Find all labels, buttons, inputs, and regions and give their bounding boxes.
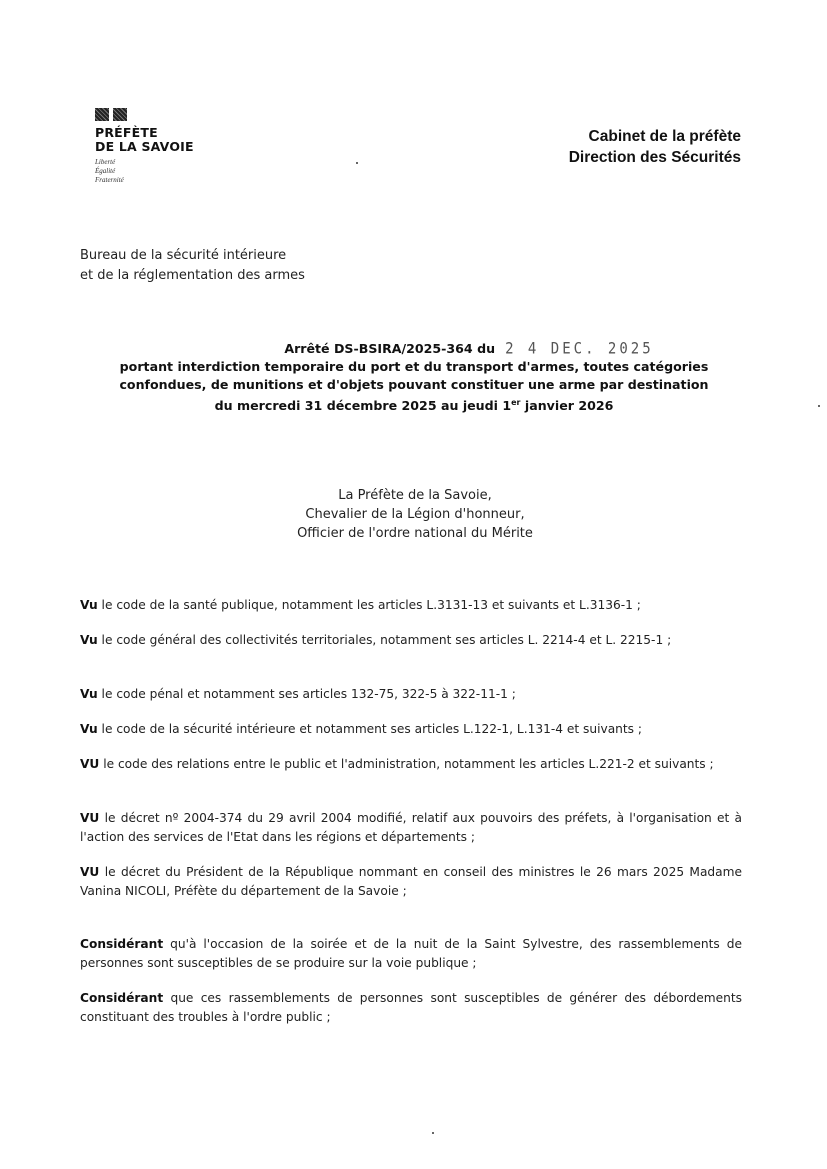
arrete-subject-line3: du mercredi 31 décembre 2025 au jeudi 1e… [104,394,724,415]
issuing-department: Cabinet de la préfète Direction des Sécu… [569,126,741,168]
logo-title-line1: PRÉFÈTE [95,126,194,140]
motto-liberte: Liberté [95,158,194,167]
visa-lead: VU [80,757,99,771]
subject-line3-end: janvier 2026 [521,398,614,413]
motto-fraternite: Fraternité [95,176,194,185]
prefect-titles: La Préfète de la Savoie, Chevalier de la… [250,486,580,543]
considerant-text: que ces rassemblements de personnes sont… [80,991,742,1024]
cabinet-title: Cabinet de la préfète [569,126,741,147]
visa-paragraph: Vu le code général des collectivités ter… [80,631,742,650]
visa-text: le décret du Président de la République … [80,865,742,898]
scan-speck [818,405,820,407]
ordinal-sup: er [511,398,520,407]
prefect-name: La Préfète de la Savoie, [250,486,580,505]
visa-text: le code général des collectivités territ… [98,633,672,647]
visa-text: le code pénal et notamment ses articles … [98,687,516,701]
motto-egalite: Égalité [95,167,194,176]
visa-lead: Vu [80,598,98,612]
arrete-title: Arrêté DS-BSIRA/2025-364 du2 4 DEC. 2025… [104,340,724,415]
visa-text: le code de la santé publique, notamment … [98,598,641,612]
considerant-paragraph: Considérant que ces rassemblements de pe… [80,989,742,1027]
logo-title: PRÉFÈTE DE LA SAVOIE [95,126,194,154]
subject-line3-text: du mercredi 31 décembre 2025 au jeudi 1 [215,398,512,413]
scan-speck [356,162,358,164]
visa-lead: VU [80,811,99,825]
visa-paragraph: VU le code des relations entre le public… [80,755,742,774]
visa-lead: Vu [80,722,98,736]
visa-lead: VU [80,865,99,879]
visa-text: le décret nº 2004-374 du 29 avril 2004 m… [80,811,742,844]
bureau-heading: Bureau de la sécurité intérieure et de l… [80,246,305,286]
prefect-honour-2: Officier de l'ordre national du Mérite [250,524,580,543]
visa-paragraph: Vu le code de la sécurité intérieure et … [80,720,742,739]
bureau-line1: Bureau de la sécurité intérieure [80,246,305,266]
considerant-lead: Considérant [80,937,163,951]
prefecture-logo: PRÉFÈTE DE LA SAVOIE Liberté Égalité Fra… [95,108,194,185]
date-stamp: 2 4 DEC. 2025 [505,339,654,360]
arrete-number-line: Arrêté DS-BSIRA/2025-364 du2 4 DEC. 2025 [104,340,724,358]
arrete-subject-line1: portant interdiction temporaire du port … [104,358,724,376]
arrete-subject-line2: confondues, de munitions et d'objets pou… [104,376,724,394]
visa-lead: Vu [80,687,98,701]
logo-title-line2: DE LA SAVOIE [95,140,194,154]
considerant-paragraph: Considérant qu'à l'occasion de la soirée… [80,935,742,973]
considerant-lead: Considérant [80,991,163,1005]
direction-title: Direction des Sécurités [569,147,741,168]
visa-paragraph: VU le décret nº 2004-374 du 29 avril 200… [80,809,742,847]
visa-text: le code des relations entre le public et… [99,757,713,771]
prefect-honour-1: Chevalier de la Légion d'honneur, [250,505,580,524]
visa-lead: Vu [80,633,98,647]
visa-paragraph: Vu le code de la santé publique, notamme… [80,596,742,615]
visa-paragraph: VU le décret du Président de la Républiq… [80,863,742,901]
republic-motto: Liberté Égalité Fraternité [95,158,194,185]
arrete-number: Arrêté DS-BSIRA/2025-364 du [284,341,495,356]
visa-text: le code de la sécurité intérieure et not… [98,722,642,736]
bureau-line2: et de la réglementation des armes [80,266,305,286]
considerant-text: qu'à l'occasion de la soirée et de la nu… [80,937,742,970]
scan-speck [432,1132,434,1134]
marianne-logo-icon [95,108,194,122]
visa-paragraph: Vu le code pénal et notamment ses articl… [80,685,742,704]
